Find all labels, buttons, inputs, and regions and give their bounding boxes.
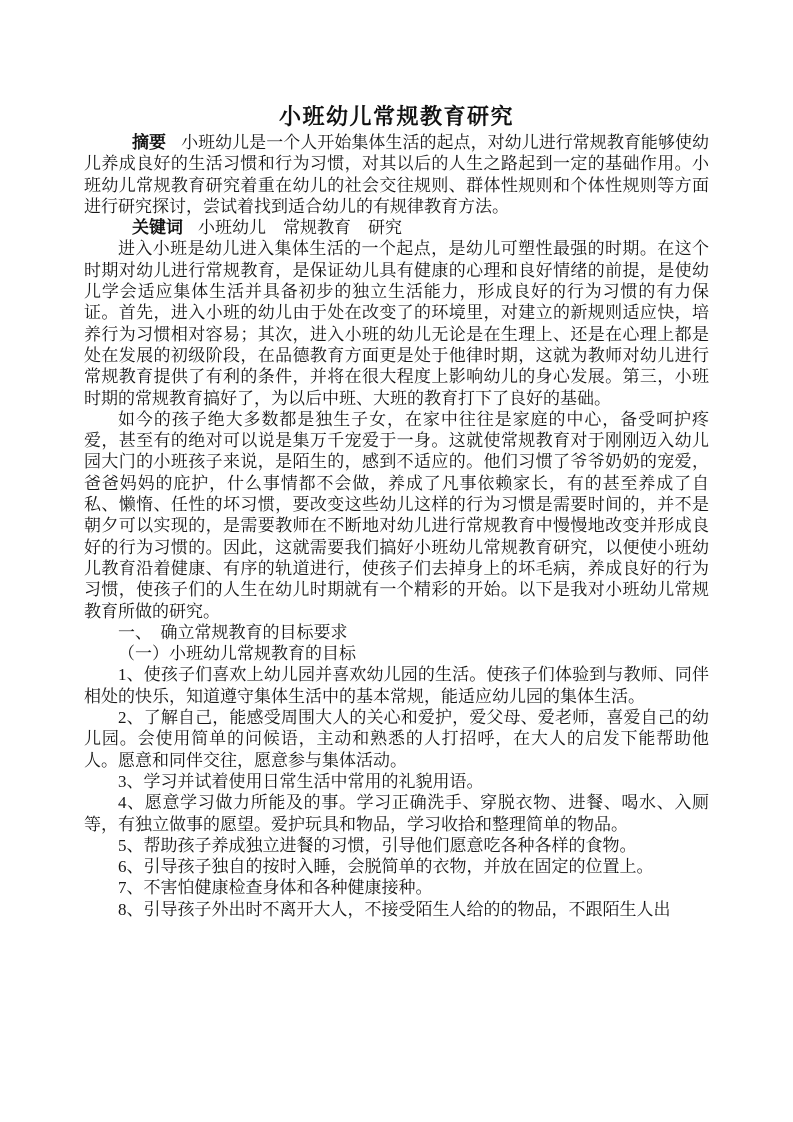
keyword-term: 研究: [368, 218, 402, 237]
abstract-text: 小班幼儿是一个人开始集体生活的起点，对幼儿进行常规教育能够使幼儿养成良好的生活习…: [84, 133, 709, 216]
goal-item-8: 8、引导孩子外出时不离开大人，不接受陌生人给的的物品，不跟陌生人出: [84, 899, 709, 920]
goal-item-4: 4、愿意学习做力所能及的事。学习正确洗手、穿脱衣物、进餐、喝水、入厕等，有独立做…: [84, 792, 709, 835]
goal-item-6: 6、引导孩子独自的按时入睡，会脱简单的衣物，并放在固定的位置上。: [84, 856, 709, 877]
keywords-label: 关键词: [132, 218, 183, 237]
goal-item-2: 2、了解自己，能感受周围大人的关心和爱护，爱父母、爱老师，喜爱自己的幼儿园。会使…: [84, 707, 709, 771]
goal-item-1: 1、使孩子们喜欢上幼儿园并喜欢幼儿园的生活。使孩子们体验到与教师、同伴相处的快乐…: [84, 664, 709, 707]
document-content: 小班幼儿常规教育研究 摘要小班幼儿是一个人开始集体生活的起点，对幼儿进行常规教育…: [0, 0, 793, 920]
goal-item-3: 3、学习并试着使用日常生活中常用的礼貌用语。: [84, 771, 709, 792]
abstract-paragraph: 摘要小班幼儿是一个人开始集体生活的起点，对幼儿进行常规教育能够使幼儿养成良好的生…: [84, 132, 709, 217]
keywords-paragraph: 关键词小班幼儿常规教育研究: [84, 217, 709, 238]
section-heading: 一、 确立常规教育的目标要求: [84, 622, 709, 643]
keyword-term: 常规教育: [283, 218, 351, 237]
body-paragraph-1: 进入小班是幼儿进入集体生活的一个起点，是幼儿可塑性最强的时期。在这个时期对幼儿进…: [84, 238, 709, 408]
abstract-label: 摘要: [132, 133, 166, 152]
body-paragraph-2: 如今的孩子绝大多数都是独生子女，在家中往往是家庭的中心，备受呵护疼爱，甚至有的绝…: [84, 409, 709, 622]
goal-item-5: 5、帮助孩子养成独立进餐的习惯，引导他们愿意吃各种各样的食物。: [84, 835, 709, 856]
keyword-term: 小班幼儿: [198, 218, 266, 237]
page-title: 小班幼儿常规教育研究: [84, 102, 709, 132]
goal-item-7: 7、不害怕健康检查身体和各种健康接种。: [84, 877, 709, 898]
subsection-heading: （一）小班幼儿常规教育的目标: [84, 643, 709, 664]
document-page: 小班幼儿常规教育研究 摘要小班幼儿是一个人开始集体生活的起点，对幼儿进行常规教育…: [0, 0, 793, 1122]
